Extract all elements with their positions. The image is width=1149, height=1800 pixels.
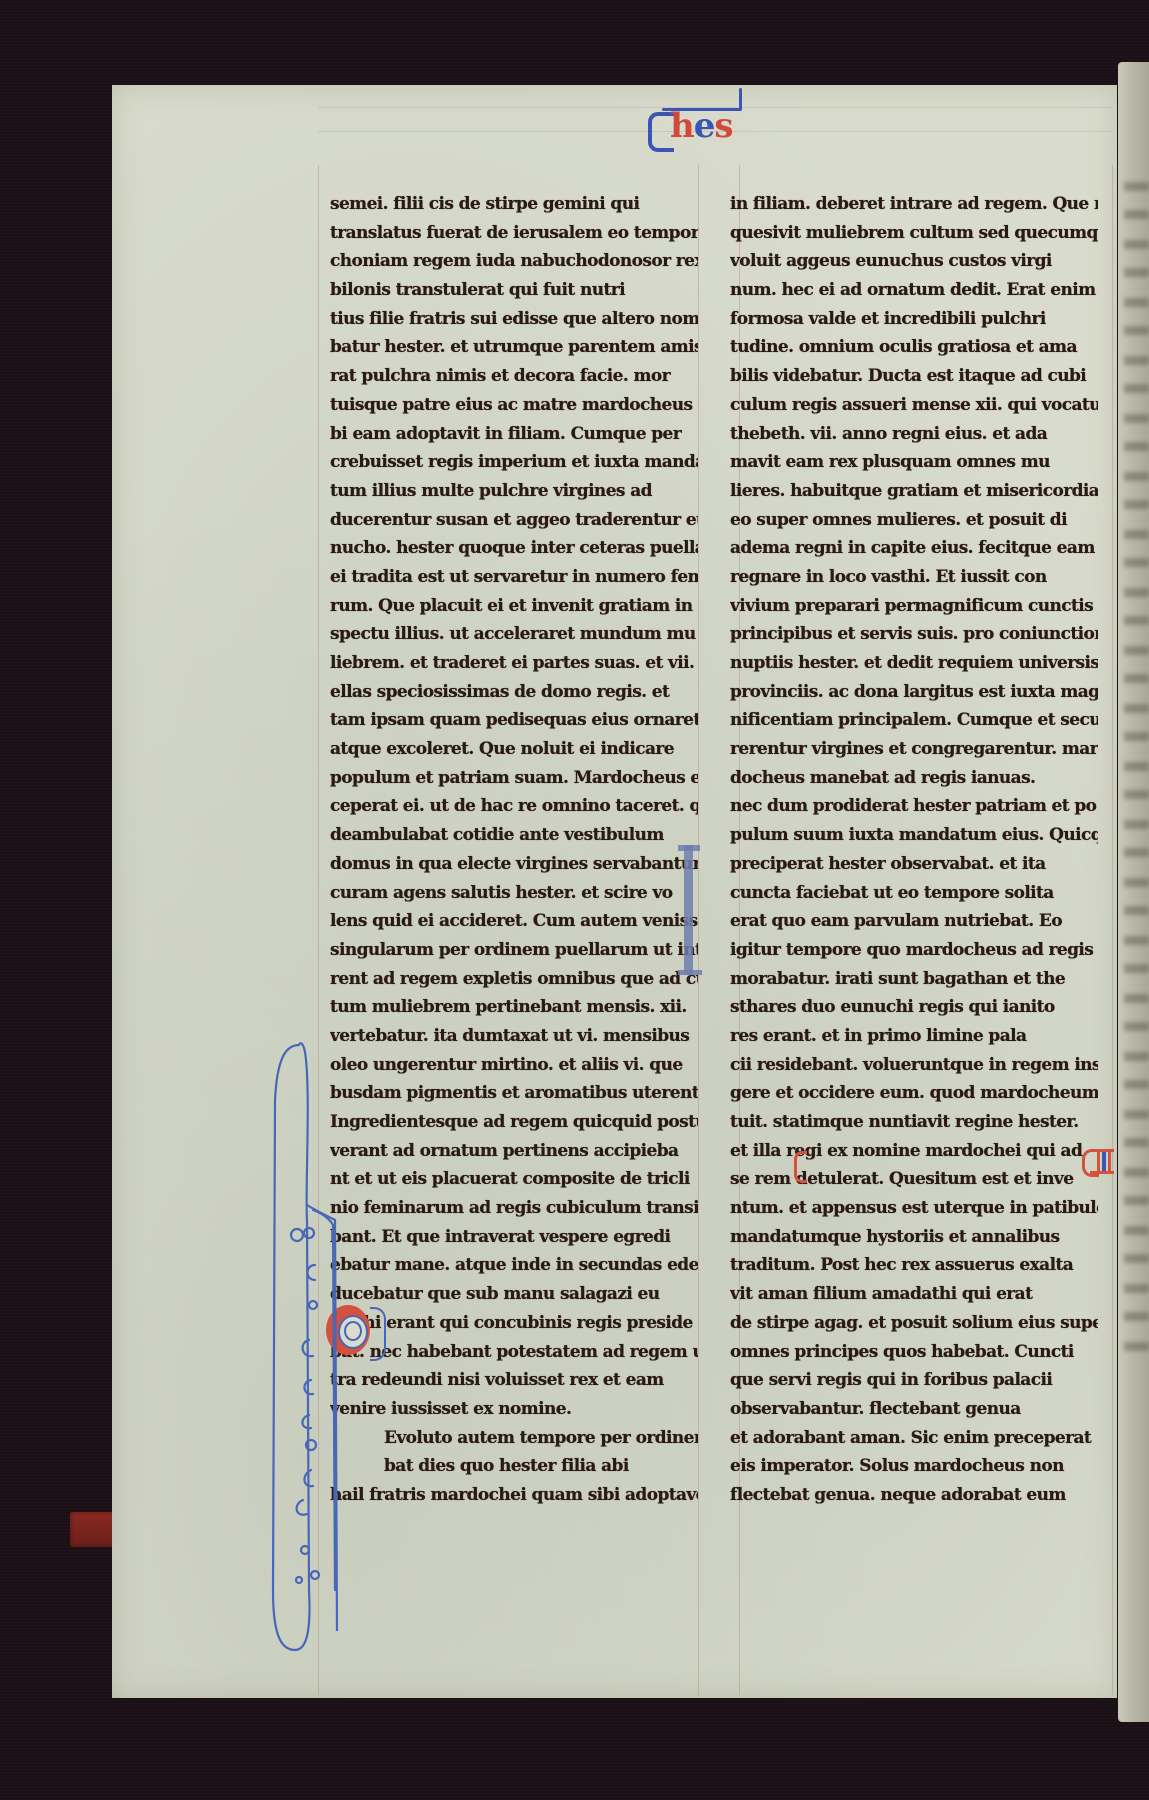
text-line: rent ad regem expletis omnibus que ad cu… xyxy=(330,965,698,994)
text-line: adema regni in capite eius. fecitque eam xyxy=(730,534,1098,563)
text-line: bant. Et que intraverat vespere egredi xyxy=(330,1223,698,1252)
text-line: spectu illius. ut acceleraret mundum mu xyxy=(330,620,698,649)
text-line: bilonis transtulerat qui fuit nutri xyxy=(330,276,698,305)
text-line: tam ipsam quam pedisequas eius ornaret xyxy=(330,706,698,735)
text-line: lens quid ei accideret. Cum autem veniss… xyxy=(330,907,698,936)
text-line: principibus et servis suis. pro coniunct… xyxy=(730,620,1098,649)
text-line: ceperat ei. ut de hac re omnino taceret.… xyxy=(330,792,698,821)
text-line: et adorabant aman. Sic enim preceperat xyxy=(730,1424,1098,1453)
text-line: vertebatur. ita dumtaxat ut vi. mensibus xyxy=(330,1022,698,1051)
penwork-flourish-icon xyxy=(255,1030,365,1670)
text-line: singularum per ordinem puellarum ut intr… xyxy=(330,936,698,965)
text-line: formosa valde et incredibili pulchri xyxy=(730,305,1098,334)
text-line: ellas speciosissimas de domo regis. et xyxy=(330,678,698,707)
text-line: nio feminarum ad regis cubiculum transie xyxy=(330,1194,698,1223)
text-line: tuit. statimque nuntiavit regine hester. xyxy=(730,1108,1098,1137)
text-line: rerentur virgines et congregarentur. mar xyxy=(730,735,1098,764)
text-line: bilis videbatur. Ducta est itaque ad cub… xyxy=(730,362,1098,391)
text-line: docheus manebat ad regis ianuas. xyxy=(730,764,1098,793)
chapter-marker: C III xyxy=(1082,1149,1114,1175)
text-line: tuisque patre eius ac matre mardocheus s… xyxy=(330,391,698,420)
text-line: que servi regis qui in foribus palacii xyxy=(730,1366,1098,1395)
text-line: gere et occidere eum. quod mardocheum no… xyxy=(730,1079,1098,1108)
text-line: cuncta faciebat ut eo tempore solita xyxy=(730,879,1098,908)
text-line: traditum. Post hec rex assuerus exalta xyxy=(730,1251,1098,1280)
text-line: mandatumque hystoriis et annalibus xyxy=(730,1223,1098,1252)
text-line: in filiam. deberet intrare ad regem. Que… xyxy=(730,190,1098,219)
text-line: nec dum prodiderat hester patriam et po xyxy=(730,792,1098,821)
text-line: deambulabat cotidie ante vestibulum xyxy=(330,821,698,850)
text-line: nificentiam principalem. Cumque et secun… xyxy=(730,706,1098,735)
text-line: omnes principes quos habebat. Cuncti xyxy=(730,1338,1098,1367)
text-line: nuptiis hester. et dedit requiem univers… xyxy=(730,649,1098,678)
text-line: bat dies quo hester filia abi xyxy=(330,1452,698,1481)
text-line: preciperat hester observabat. et ita xyxy=(730,850,1098,879)
blue-initial-i: I xyxy=(678,845,700,975)
text-line: tum muliebrem pertinebant mensis. xii. xyxy=(330,993,698,1022)
text-line: bi eam adoptavit in filiam. Cumque per xyxy=(330,420,698,449)
text-line: tum illius multe pulchre virgines ad xyxy=(330,477,698,506)
text-line: lieres. habuitque gratiam et misericordi… xyxy=(730,477,1098,506)
text-line: cii residebant. volueruntque in regem in… xyxy=(730,1051,1098,1080)
running-head: hes xyxy=(648,100,758,152)
text-line: flectebat genua. neque adorabat eum xyxy=(730,1481,1098,1510)
running-head-letter: h xyxy=(670,106,694,146)
text-line: hail fratris mardochei quam sibi adoptav… xyxy=(330,1481,698,1510)
text-line: curam agens salutis hester. et scire vo xyxy=(330,879,698,908)
running-head-letter: e xyxy=(694,106,715,146)
text-line: culum regis assueri mense xii. qui vocat… xyxy=(730,391,1098,420)
text-line: ntum. et appensus est uterque in patibul… xyxy=(730,1194,1098,1223)
text-line: morabatur. irati sunt bagathan et the xyxy=(730,965,1098,994)
text-line: pulum suum iuxta mandatum eius. Quicquid… xyxy=(730,821,1098,850)
text-line: batur hester. et utrumque parentem amise xyxy=(330,333,698,362)
text-line: ducerentur susan et aggeo traderentur eu xyxy=(330,506,698,535)
text-line: tra redeundi nisi voluisset rex et eam xyxy=(330,1366,698,1395)
text-line: mavit eam rex plusquam omnes mu xyxy=(730,448,1098,477)
text-line: rum. Que placuit ei et invenit gratiam i… xyxy=(330,592,698,621)
text-line: atque excoleret. Que noluit ei indicare xyxy=(330,735,698,764)
text-line: erat quo eam parvulam nutriebat. Eo xyxy=(730,907,1098,936)
text-line: rat pulchra nimis et decora facie. mor xyxy=(330,362,698,391)
text-line: choniam regem iuda nabuchodonosor rex ba xyxy=(330,247,698,276)
text-line: nucho. hester quoque inter ceteras puell… xyxy=(330,534,698,563)
text-line: liebrem. et traderet ei partes suas. et … xyxy=(330,649,698,678)
text-line: busdam pigmentis et aromatibus uterentur… xyxy=(330,1079,698,1108)
text-line: provinciis. ac dona largitus est iuxta m… xyxy=(730,678,1098,707)
text-line: quesivit muliebrem cultum sed quecumque xyxy=(730,219,1098,248)
text-line: verant ad ornatum pertinens accipieba xyxy=(330,1137,698,1166)
text-line: oleo ungerentur mirtino. et aliis vi. qu… xyxy=(330,1051,698,1080)
text-line: Evoluto autem tempore per ordinem instra xyxy=(330,1424,698,1453)
text-line: sthares duo eunuchi regis qui ianito xyxy=(730,993,1098,1022)
text-line: Ingredientesque ad regem quicquid postul… xyxy=(330,1108,698,1137)
paragraph-mark-icon xyxy=(794,1151,807,1183)
text-line: populum et patriam suam. Mardocheus enim… xyxy=(330,764,698,793)
text-line: regnare in loco vasthi. Et iussit con xyxy=(730,563,1098,592)
text-line: nt et ut eis placuerat composite de tric… xyxy=(330,1165,698,1194)
text-column-right: in filiam. deberet intrare ad regem. Que… xyxy=(730,190,1098,1510)
text-line: thebeth. vii. anno regni eius. et ada xyxy=(730,420,1098,449)
text-line: de stirpe agag. et posuit solium eius su… xyxy=(730,1309,1098,1338)
text-line: eis imperator. Solus mardocheus non xyxy=(730,1452,1098,1481)
text-line: tius filie fratris sui edisse que altero… xyxy=(330,305,698,334)
text-line: ei tradita est ut servaretur in numero f… xyxy=(330,563,698,592)
running-head-letter: s xyxy=(714,106,732,146)
text-line: et illa regi ex nomine mardochei qui ad xyxy=(730,1137,1098,1166)
text-line: semei. filii cis de stirpe gemini qui xyxy=(330,190,698,219)
text-line: igitur tempore quo mardocheus ad regis i… xyxy=(730,936,1098,965)
text-line: domus in qua electe virgines servabantur xyxy=(330,850,698,879)
text-line: crebuisset regis imperium et iuxta manda xyxy=(330,448,698,477)
text-line: voluit aggeus eunuchus custos virgi xyxy=(730,247,1098,276)
text-line: observabantur. flectebant genua xyxy=(730,1395,1098,1424)
text-line: venire iussisset ex nomine. xyxy=(330,1395,698,1424)
text-line: se rem detulerat. Quesitum est et inve xyxy=(730,1165,1098,1194)
text-line: eo super omnes mulieres. et posuit di xyxy=(730,506,1098,535)
text-line: ebatur mane. atque inde in secundas edes… xyxy=(330,1251,698,1280)
text-line: res erant. et in primo limine pala xyxy=(730,1022,1098,1051)
text-line: vivium preparari permagnificum cunctis xyxy=(730,592,1098,621)
text-line: translatus fuerat de ierusalem eo tempor… xyxy=(330,219,698,248)
text-line: num. hec ei ad ornatum dedit. Erat enim xyxy=(730,276,1098,305)
text-line: vit aman filium amadathi qui erat xyxy=(730,1280,1098,1309)
text-line: tudine. omnium oculis gratiosa et ama xyxy=(730,333,1098,362)
adjacent-leaf-edge xyxy=(1118,62,1149,1722)
